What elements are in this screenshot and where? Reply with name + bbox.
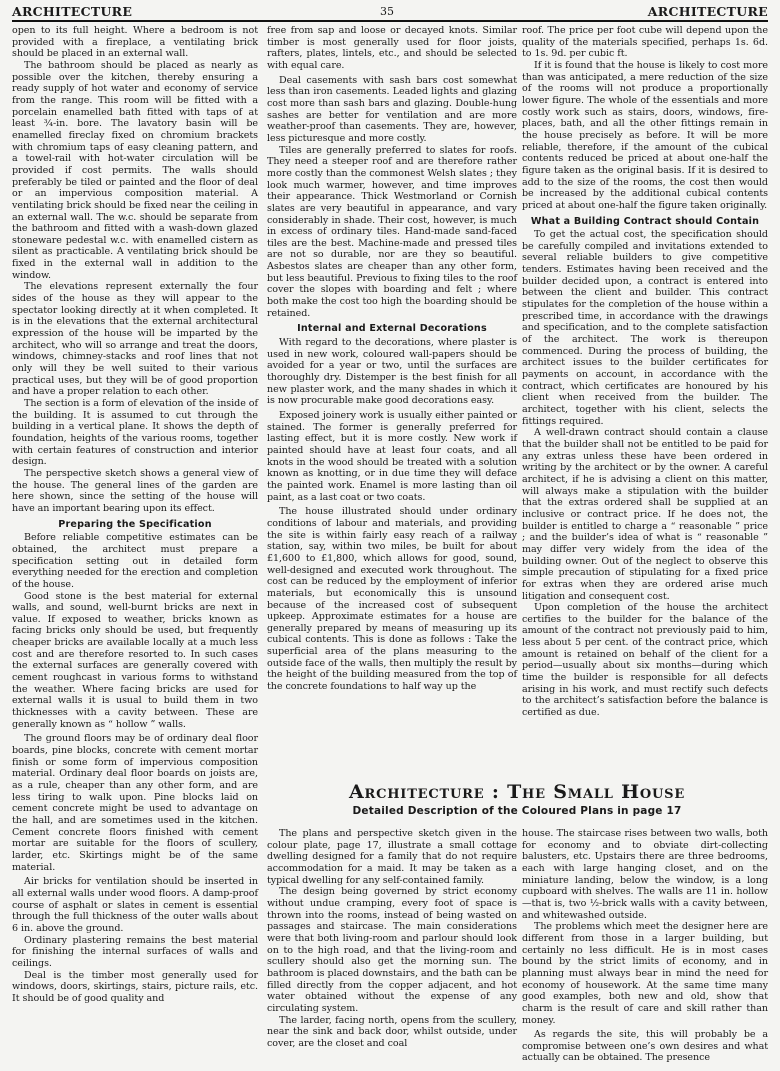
paragraph: The perspective sketch shows a general v… <box>12 468 258 515</box>
article-column-right: house. The staircase rises between two w… <box>522 828 768 1064</box>
section-heading: Internal and External Decorations <box>267 323 517 335</box>
section-heading: Preparing the Specification <box>12 519 258 531</box>
paragraph: Good stone is the best material for exte… <box>12 591 258 731</box>
article-subtitle: Detailed Description of the Coloured Pla… <box>262 805 772 817</box>
column-middle: free from sap and loose or decayed knots… <box>267 25 517 693</box>
paragraph: The house illustrated should under ordin… <box>267 506 517 693</box>
column-left: open to its full height. Where a bedroom… <box>12 25 258 1004</box>
paragraph: The larder, facing north, opens from the… <box>267 1015 517 1050</box>
section-heading: What a Building Contract should Contain <box>522 216 768 228</box>
article-column-left: The plans and perspective sketch given i… <box>267 828 517 1049</box>
paragraph: To get the actual cost, the specificatio… <box>522 229 768 427</box>
paragraph: Before reliable competitive estimates ca… <box>12 532 258 590</box>
paragraph: With regard to the decorations, where pl… <box>267 337 517 407</box>
paragraph: Deal casements with sash bars cost somew… <box>267 75 517 145</box>
paragraph: Ordinary plastering remains the best mat… <box>12 935 258 970</box>
paragraph: The bathroom should be placed as nearly … <box>12 60 258 281</box>
paragraph: The plans and perspective sketch given i… <box>267 828 517 886</box>
page-number: 35 <box>380 5 394 18</box>
column-right: roof. The price per foot cube will depen… <box>522 25 768 719</box>
paragraph: Upon completion of the house the archite… <box>522 602 768 719</box>
paragraph: As regards the site, this will probably … <box>522 1029 768 1064</box>
paragraph: free from sap and loose or decayed knots… <box>267 25 517 72</box>
paragraph: Air bricks for ventilation should be ins… <box>12 876 258 934</box>
paragraph: If it is found that the house is likely … <box>522 60 768 212</box>
running-head-left: ARCHITECTURE <box>12 4 132 19</box>
paragraph: A well-drawn contract should contain a c… <box>522 427 768 602</box>
paragraph: open to its full height. Where a bedroom… <box>12 25 258 60</box>
article-title: Architecture : The Small House <box>262 781 772 803</box>
paragraph: The section is a form of elevation of th… <box>12 398 258 468</box>
paragraph: Tiles are generally preferred to slates … <box>267 145 517 320</box>
paragraph: house. The staircase rises between two w… <box>522 828 768 921</box>
paragraph: roof. The price per foot cube will depen… <box>522 25 768 60</box>
paragraph: The problems which meet the designer her… <box>522 921 768 1026</box>
paragraph: Deal is the timber most generally used f… <box>12 970 258 1005</box>
paragraph: Exposed joinery work is usually either p… <box>267 410 517 503</box>
running-header: ARCHITECTURE 35 ARCHITECTURE <box>12 2 768 22</box>
paragraph: The elevations represent externally the … <box>12 281 258 398</box>
paragraph: The ground floors may be of ordinary dea… <box>12 733 258 873</box>
paragraph: The design being governed by strict econ… <box>267 886 517 1014</box>
running-head-right: ARCHITECTURE <box>648 4 768 19</box>
